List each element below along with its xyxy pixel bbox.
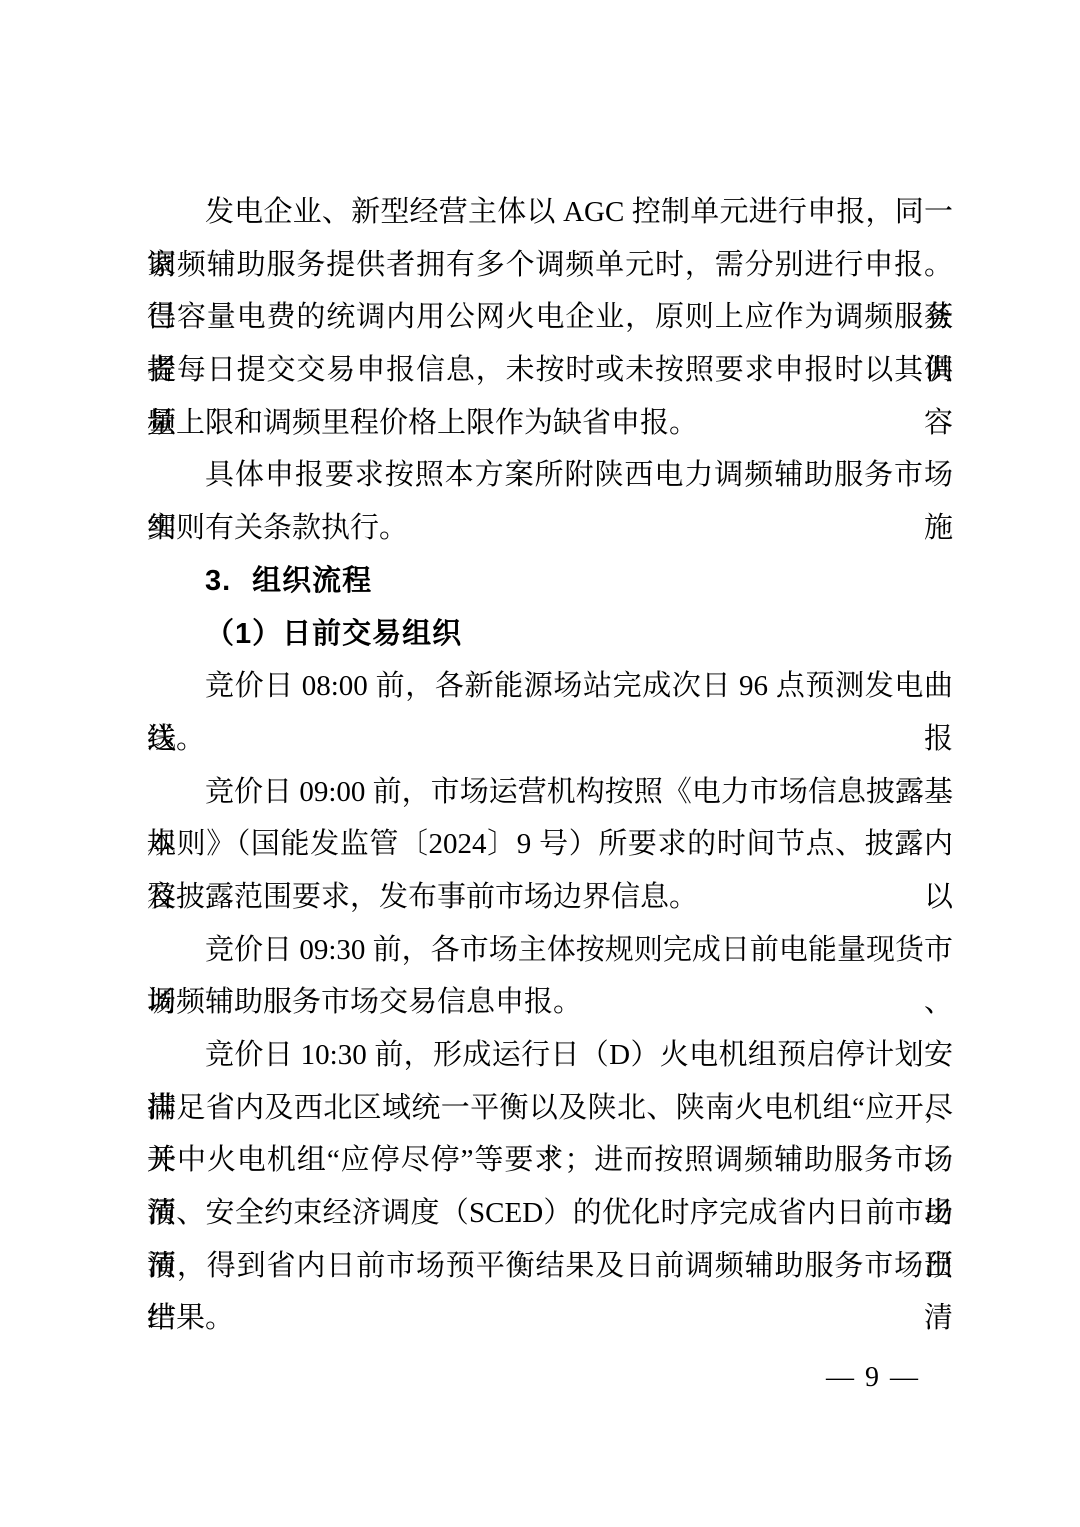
text-line: 规则》（国能发监管〔2024〕9 号）所要求的时间节点、披露内容以 [147, 818, 953, 871]
text-line: 竞价日 08:00 前，各新能源场站完成次日 96 点预测发电曲线报 [147, 660, 953, 713]
text-line: 调频辅助服务提供者拥有多个调频单元时，需分别进行申报。已获 [147, 239, 953, 292]
subsection-heading: （1）日前交易组织 [147, 608, 953, 661]
text-line: 关中火电机组“应停尽停”等要求；进而按照调频辅助服务市场预出 [147, 1134, 953, 1187]
section-number: 3. [205, 565, 231, 597]
text-line: 竞价日 09:30 前，各市场主体按规则完成日前电能量现货市场、 [147, 924, 953, 977]
text-line: 具体申报要求按照本方案所附陕西电力调频辅助服务市场实施 [147, 449, 953, 502]
section-heading: 3.组织流程 [147, 555, 953, 608]
document-body: 发电企业、新型经营主体以 AGC 控制单元进行申报，同一家调频辅助服务提供者拥有… [147, 186, 953, 1345]
text-line: 满足省内及西北区域统一平衡以及陕北、陕南火电机组“应开尽开”、 [147, 1082, 953, 1135]
text-line: 者每日提交交易申报信息，未按时或未按照要求申报时以其调频容 [147, 344, 953, 397]
text-line: 竞价日 10:30 前，形成运行日（D）火电机组预启停计划安排， [147, 1029, 953, 1082]
text-line: 发电企业、新型经营主体以 AGC 控制单元进行申报，同一家 [147, 186, 953, 239]
section-title: 组织流程 [252, 565, 372, 597]
page-footer: — 9 — [826, 1356, 920, 1400]
text-line: 竞价日 09:00 前，市场运营机构按照《电力市场信息披露基本 [147, 766, 953, 819]
text-line: 清，得到省内日前市场预平衡结果及日前调频辅助服务市场预出清 [147, 1240, 953, 1293]
text-line: 得容量电费的统调内用公网火电企业，原则上应作为调频服务提供 [147, 291, 953, 344]
text-line: 清、安全约束经济调度（SCED）的优化时序完成省内日前市场预出 [147, 1187, 953, 1240]
document-page: 发电企业、新型经营主体以 AGC 控制单元进行申报，同一家调频辅助服务提供者拥有… [0, 0, 1080, 1527]
page-number: — 9 — [826, 1362, 920, 1393]
